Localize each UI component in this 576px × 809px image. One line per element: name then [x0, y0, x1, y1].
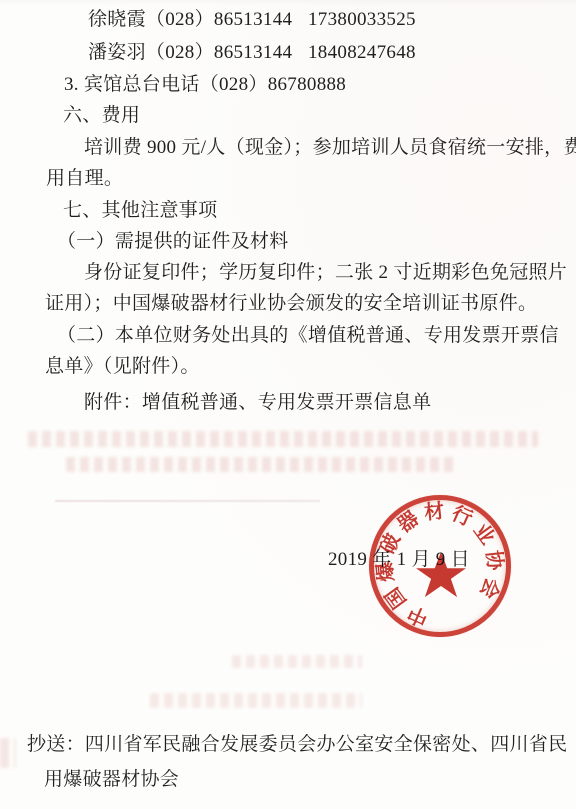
contact-mobile: 17380033525 [308, 8, 416, 31]
bleed-through-mark [232, 655, 362, 668]
hotel-phone-line: 3. 宾馆总台电话（028）86780888 [64, 73, 346, 96]
contact-line: 潘姿羽（028）86513144 18408247648 [88, 41, 292, 64]
seal-char: 材 [421, 499, 447, 525]
seal-char: 协 [481, 547, 507, 573]
document-page: 徐晓霞（028）86513144 17380033525 潘姿羽（028）865… [0, 0, 576, 809]
section-heading-notes: 七、其他注意事项 [63, 199, 217, 222]
notes-item1-title: （一）需提供的证件及材料 [57, 230, 289, 253]
fee-body-line: 培训费 900 元/人（现金）；参加培训人员食宿统一安排，费 [84, 136, 576, 159]
cc-line: 用爆破器材协会 [44, 768, 179, 791]
contact-name-phone: 徐晓霞（028）86513144 [88, 9, 292, 30]
official-seal: 中 国 爆 破 器 材 行 业 协 会 [369, 495, 511, 637]
bleed-through-mark [150, 693, 362, 708]
bleed-through-mark [66, 457, 456, 472]
contact-name-phone: 潘姿羽（028）86513144 [88, 42, 292, 63]
cc-line: 抄送：四川省军民融合发展委员会办公室安全保密处、四川省民 [27, 733, 567, 756]
seal-char: 爆 [373, 558, 399, 584]
notes-item2-line: 息单》（见附件）。 [45, 355, 200, 378]
notes-item1-line: 证用）；中国爆破器材行业协会颁发的安全培训证书原件。 [45, 292, 537, 315]
notes-item2-line: （二）本单位财务处出具的《增值税普通、专用发票开票信 [57, 324, 559, 347]
contact-line: 徐晓霞（028）86513144 17380033525 [88, 8, 292, 31]
fee-body-line: 用自理。 [46, 167, 123, 190]
notes-item1-line: 身份证复印件；学历复印件；二张 2 寸近期彩色免冠照片（发 [84, 261, 576, 284]
contact-mobile: 18408247648 [308, 41, 416, 64]
bleed-through-mark [0, 738, 16, 768]
bleed-through-mark [28, 431, 538, 447]
attachment-line: 附件：增值税普通、专用发票开票信息单 [84, 391, 431, 414]
section-heading-fee: 六、费用 [63, 104, 140, 127]
bleed-through-line [55, 500, 320, 502]
